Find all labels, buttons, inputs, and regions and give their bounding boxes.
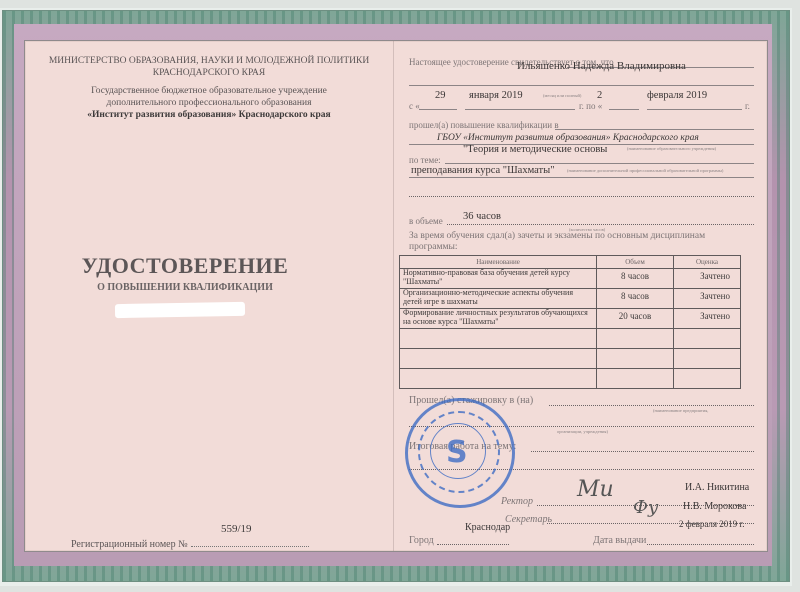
city-dotline (437, 544, 509, 545)
volume-value: 36 часов (463, 211, 501, 222)
discipline-grade (674, 349, 741, 369)
table-row: Формирование личностных результатов обуч… (400, 309, 741, 329)
topic-dotline-3 (409, 196, 754, 197)
discipline-grade: Зачтено (674, 289, 741, 309)
discipline-name: Формирование личностных результатов обуч… (400, 309, 597, 329)
to-day: 2 (597, 90, 602, 101)
from-month-underline (465, 109, 575, 110)
issue-date-label: Дата выдачи (593, 535, 646, 546)
left-page: МИНИСТЕРСТВО ОБРАЗОВАНИЯ, НАУКИ И МОЛОДЕ… (25, 41, 393, 551)
internship-caption-1: (наименование предприятия, (653, 408, 708, 413)
table-row: Организационно-методические аспекты обуч… (400, 289, 741, 309)
volume-dotline (447, 224, 754, 225)
volume-label: в объеме (409, 216, 443, 226)
discipline-volume (597, 349, 674, 369)
rector-name: И.А. Никитина (685, 482, 749, 493)
discipline-volume (597, 329, 674, 349)
secretary-label: Секретарь (505, 514, 552, 525)
discipline-name: Организационно-методические аспекты обуч… (400, 289, 597, 309)
round-seal-stamp-icon: S (405, 398, 515, 508)
registration-label: Регистрационный номер № (71, 539, 188, 550)
secretary-signature: Фу (633, 497, 658, 518)
discipline-name (400, 369, 597, 389)
to-month-underline (647, 109, 742, 110)
trained-label: прошел(а) повышение квалификации в (409, 120, 559, 130)
discipline-grade (674, 329, 741, 349)
registration-dotline (191, 546, 309, 547)
discipline-grade (674, 369, 741, 389)
rector-signature: Ми (577, 477, 614, 502)
internship-caption-2: организации, учреждения) (557, 429, 608, 434)
ministry-line-1: МИНИСТЕРСТВО ОБРАЗОВАНИЯ, НАУКИ И МОЛОДЕ… (25, 55, 393, 67)
header-grade: Оценка (674, 256, 741, 269)
certificate-spread: МИНИСТЕРСТВО ОБРАЗОВАНИЯ, НАУКИ И МОЛОДЕ… (24, 40, 768, 552)
registration-field: Регистрационный номер № (71, 539, 309, 550)
organization-name: ГБОУ «Институт развития образования» Кра… (437, 133, 699, 143)
disciplines-table: Наименование Объем Оценка Нормативно-пра… (399, 255, 741, 389)
topic-label: по теме: (409, 155, 441, 165)
secretary-name: Н.В. Морокова (683, 501, 746, 512)
issue-date-dotline (647, 544, 754, 545)
document-subtitle: О ПОВЫШЕНИИ КВАЛИФИКАЦИИ (65, 282, 305, 293)
from-day-underline (419, 109, 457, 110)
organization-caption: (наименование образовательного учреждени… (627, 146, 716, 151)
holder-name: Ильяшенко Надежда Владимировна (517, 60, 686, 72)
period-caption: (месяц или полный) (543, 93, 581, 98)
discipline-volume: 8 часов (597, 269, 674, 289)
discipline-grade: Зачтено (674, 309, 741, 329)
discipline-name: Нормативно-правовая база обучения детей … (400, 269, 597, 289)
internship-dotline-1 (549, 405, 754, 406)
redacted-serial (115, 302, 245, 318)
discipline-name (400, 329, 597, 349)
stamp-logo-icon: S (446, 435, 468, 470)
from-month-year: января 2019 (469, 90, 523, 101)
header-name: Наименование (400, 256, 597, 269)
discipline-grade: Зачтено (674, 269, 741, 289)
topic-underline-2 (409, 177, 754, 178)
to-prefix: г. по « (579, 101, 602, 111)
topic-line-2: преподавания курса "Шахматы" (411, 165, 554, 176)
topic-line-1: "Теория и методические основы (463, 144, 607, 155)
city-value: Краснодар (465, 522, 510, 533)
to-day-underline (609, 109, 639, 110)
table-row (400, 369, 741, 389)
table-row (400, 349, 741, 369)
discipline-name (400, 349, 597, 369)
table-row (400, 329, 741, 349)
topic-caption: (наименование дополнительной профессиона… (567, 168, 723, 173)
final-work-dotline-1 (531, 451, 754, 452)
ministry-line-2: КРАСНОДАРСКОГО КРАЯ (25, 67, 393, 79)
holder-underline (409, 85, 754, 86)
table-row: Нормативно-правовая база обучения детей … (400, 269, 741, 289)
rector-label: Ректор (501, 496, 533, 507)
header-volume: Объем (597, 256, 674, 269)
city-label: Город (409, 535, 434, 546)
trained-underline (555, 129, 754, 130)
end-suffix: г. (745, 101, 750, 111)
ministry-heading: МИНИСТЕРСТВО ОБРАЗОВАНИЯ, НАУКИ И МОЛОДЕ… (25, 55, 393, 79)
topic-underline-1 (445, 163, 754, 164)
document-title: УДОСТОВЕРЕНИЕ (65, 253, 305, 279)
exams-text: За время обучения сдал(а) зачеты и экзам… (409, 231, 749, 253)
institution-line-1: Государственное бюджетное образовательно… (25, 85, 393, 97)
registration-number: 559/19 (221, 523, 252, 535)
to-month-year: февраля 2019 (647, 90, 707, 101)
table-header-row: Наименование Объем Оценка (400, 256, 741, 269)
from-day: 29 (435, 90, 446, 101)
discipline-volume (597, 369, 674, 389)
issue-date-value: 2 февраля 2019 г. (679, 519, 744, 529)
institution-name: «Институт развития образования» Краснода… (25, 109, 393, 121)
right-page: Настоящее удостоверение свидетельствует … (397, 41, 767, 551)
discipline-volume: 8 часов (597, 289, 674, 309)
institution-line-2: дополнительного профессионального образо… (25, 97, 393, 109)
institution-heading: Государственное бюджетное образовательно… (25, 85, 393, 121)
discipline-volume: 20 часов (597, 309, 674, 329)
